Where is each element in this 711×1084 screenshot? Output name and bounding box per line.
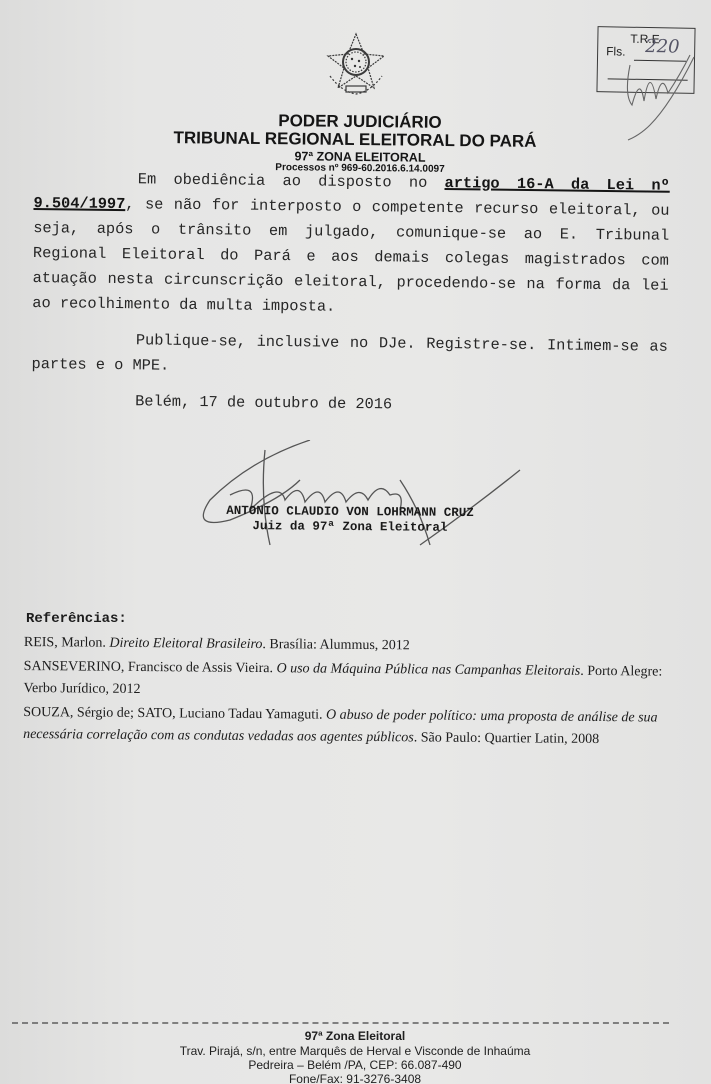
ref-author: SANSEVERINO, Francisco de Assis Vieira. <box>24 659 277 676</box>
ref-publisher: . São Paulo: Quartier Latin, 2008 <box>414 730 600 747</box>
p1-text: Em obediência ao disposto no <box>138 170 445 192</box>
reference-item: SOUZA, Sérgio de; SATO, Luciano Tadau Ya… <box>23 702 673 752</box>
references-title: Referências: <box>26 611 127 627</box>
judge-name: ANTONIO CLAUDIO VON LOHRMANN CRUZ <box>190 504 510 522</box>
p2-text: Publique-se, inclusive no DJe. Registre-… <box>31 331 667 374</box>
document-page: PODER JUDICIÁRIO TRIBUNAL REGIONAL ELEIT… <box>0 0 711 1084</box>
ref-title: Direito Eleitoral Brasileiro <box>109 636 262 652</box>
ref-publisher: . Brasília: Alummus, 2012 <box>262 637 410 653</box>
ref-title: O uso da Máquina Pública nas Campanhas E… <box>276 661 580 679</box>
p1-rest: , se não for interposto o competente rec… <box>32 195 669 316</box>
paragraph-2: Publique-se, inclusive no DJe. Registre-… <box>31 327 668 385</box>
signature-block: ANTONIO CLAUDIO VON LOHRMANN CRUZ Juiz d… <box>190 504 510 537</box>
paragraph-1: Em obediência ao disposto no artigo 16-A… <box>32 166 670 324</box>
reference-item: SANSEVERINO, Francisco de Assis Vieira. … <box>23 656 673 706</box>
judge-role: Juiz da 97ª Zona Eleitoral <box>190 519 510 537</box>
brazil-coat-of-arms-icon <box>322 30 390 100</box>
ref-author: SOUZA, Sérgio de; SATO, Luciano Tadau Ya… <box>23 705 326 723</box>
references-list: REIS, Marlon. Direito Eleitoral Brasilei… <box>23 632 674 754</box>
footer-address: Trav. Pirajá, s/n, entre Marquês de Herv… <box>150 1044 560 1058</box>
footer-phone: Fone/Fax: 91-3276-3408 <box>150 1072 560 1084</box>
ref-author: REIS, Marlon. <box>24 635 110 651</box>
reference-item: REIS, Marlon. Direito Eleitoral Brasilei… <box>24 632 674 660</box>
footer-divider <box>12 1022 669 1024</box>
footer-zone: 97ª Zona Eleitoral <box>150 1029 560 1043</box>
footer-city: Pedreira – Belém /PA, CEP: 66.087-490 <box>150 1058 560 1072</box>
decision-body: Em obediência ao disposto no artigo 16-A… <box>31 166 670 421</box>
date-line: Belém, 17 de outubro de 2016 <box>31 388 667 421</box>
rubric-signature-icon <box>610 35 700 145</box>
date-text: Belém, 17 de outubro de 2016 <box>135 392 392 413</box>
